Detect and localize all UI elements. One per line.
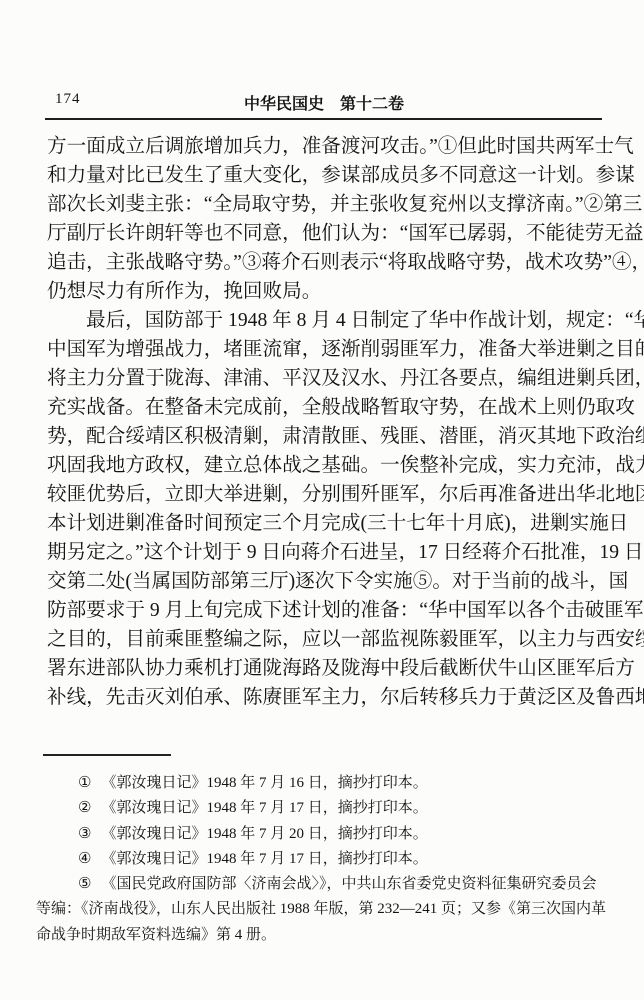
body-line: 补线，先击灭刘伯承、陈赓匪军主力，尔后转移兵力于黄泛区及鲁西地 [47, 683, 601, 712]
body-line: 厅副厅长许朗轩等也不同意，他们认为：“国军已孱弱，不能徒劳无益的 [47, 219, 601, 248]
body-text: 方一面成立后调旅增加兵力，准备渡河攻击。”①但此时国共两军士气和力量对比已发生了… [47, 132, 601, 712]
body-line: 将主力分置于陇海、津浦、平汉及汉水、丹江各要点，编组进剿兵团，先 [47, 364, 601, 393]
body-line: 方一面成立后调旅增加兵力，准备渡河攻击。”①但此时国共两军士气 [47, 132, 601, 161]
book-page: 174 中华民国史 第十二卷 方一面成立后调旅增加兵力，准备渡河攻击。”①但此时… [0, 0, 644, 1000]
footnote-text: 《国民党政府国防部〈济南会战〉》，中共山东省委党史资料征集研究委员会 [101, 876, 596, 892]
body-line: 势，配合绥靖区积极清剿，肃清散匪、残匪、潜匪，消灭其地下政治组织， [47, 422, 601, 451]
footnote-text: 《郭汝瑰日记》1948 年 7 月 17 日，摘抄打印本。 [101, 800, 427, 816]
body-line: 本计划进剿准备时间预定三个月完成(三十七年十月底)，进剿实施日 [47, 509, 601, 538]
body-line: 期另定之。”这个计划于 9 日向蒋介石进呈，17 日经蒋介石批准，19 日 [47, 538, 601, 567]
footnote-text: 《郭汝瑰日记》1948 年 7 月 16 日，摘抄打印本。 [101, 775, 427, 791]
footnote-separator [43, 754, 171, 756]
footnote-marker: ⑤ [78, 872, 91, 897]
body-line: 署东进部队协力乘机打通陇海路及陇海中段后截断伏牛山区匪军后方 [47, 654, 601, 683]
body-line: 之目的，目前乘匪整编之际，应以一部监视陈毅匪军，以主力与西安绥 [47, 625, 601, 654]
footnotes: ①《郭汝瑰日记》1948 年 7 月 16 日，摘抄打印本。 ②《郭汝瑰日记》1… [36, 771, 603, 948]
body-line: 部次长刘斐主张：“全局取守势，并主张收复兖州以支撑济南。”②第三 [47, 190, 601, 219]
body-line: 巩固我地方政权，建立总体战之基础。一俟整补完成，实力充沛，战力 [47, 451, 601, 480]
body-line: 交第二处(当属国防部第三厅)逐次下令实施⑤。对于当前的战斗，国 [47, 567, 601, 596]
body-line: 追击，主张战略守势。”③蒋介石则表示“将取战略守势，战术攻势”④， [47, 248, 601, 277]
body-line: 和力量对比已发生了重大变化，参谋部成员多不同意这一计划。参谋 [47, 161, 601, 190]
running-title: 中华民国史 第十二卷 [47, 91, 601, 114]
footnote-line: ②《郭汝瑰日记》1948 年 7 月 17 日，摘抄打印本。 [36, 796, 603, 821]
body-line: 中国军为增强战力，堵匪流窜，逐渐削弱匪军力，准备大举进剿之目的， [47, 335, 601, 364]
body-line: 仍想尽力有所作为，挽回败局。 [47, 277, 601, 306]
body-line: 较匪优势后，立即大举进剿，分别围歼匪军，尔后再准备进出华北地区。 [47, 480, 601, 509]
footnote-text: 等编：《济南战役》，山东人民出版社 1988 年版，第 232—241 页；又参… [36, 901, 606, 917]
footnote-line: ⑤《国民党政府国防部〈济南会战〉》，中共山东省委党史资料征集研究委员会 [36, 872, 603, 897]
body-line: 充实战备。在整备未完成前，全般战略暂取守势，在战术上则仍取攻 [47, 393, 601, 422]
footnote-text: 命战争时期敌军资料选编》第 4 册。 [36, 927, 276, 943]
body-line: 最后，国防部于 1948 年 8 月 4 日制定了华中作战计划，规定：“华 [47, 306, 601, 335]
footnote-line: ③《郭汝瑰日记》1948 年 7 月 20 日，摘抄打印本。 [36, 822, 603, 847]
body-line: 防部要求于 9 月上旬完成下述计划的准备：“华中国军以各个击破匪军 [47, 596, 601, 625]
footnote-text: 《郭汝瑰日记》1948 年 7 月 20 日，摘抄打印本。 [101, 826, 427, 842]
running-head: 174 中华民国史 第十二卷 [47, 91, 601, 113]
footnote-marker: ② [78, 796, 91, 821]
footnote-marker: ① [78, 771, 91, 796]
footnote-marker: ③ [78, 822, 91, 847]
header-rule [45, 118, 602, 120]
footnote-line: 等编：《济南战役》，山东人民出版社 1988 年版，第 232—241 页；又参… [36, 897, 603, 922]
footnote-line: ④《郭汝瑰日记》1948 年 7 月 17 日，摘抄打印本。 [36, 847, 603, 872]
footnote-line: ①《郭汝瑰日记》1948 年 7 月 16 日，摘抄打印本。 [36, 771, 603, 796]
footnote-line: 命战争时期敌军资料选编》第 4 册。 [36, 923, 603, 948]
footnote-marker: ④ [78, 847, 91, 872]
footnote-text: 《郭汝瑰日记》1948 年 7 月 17 日，摘抄打印本。 [101, 851, 427, 867]
